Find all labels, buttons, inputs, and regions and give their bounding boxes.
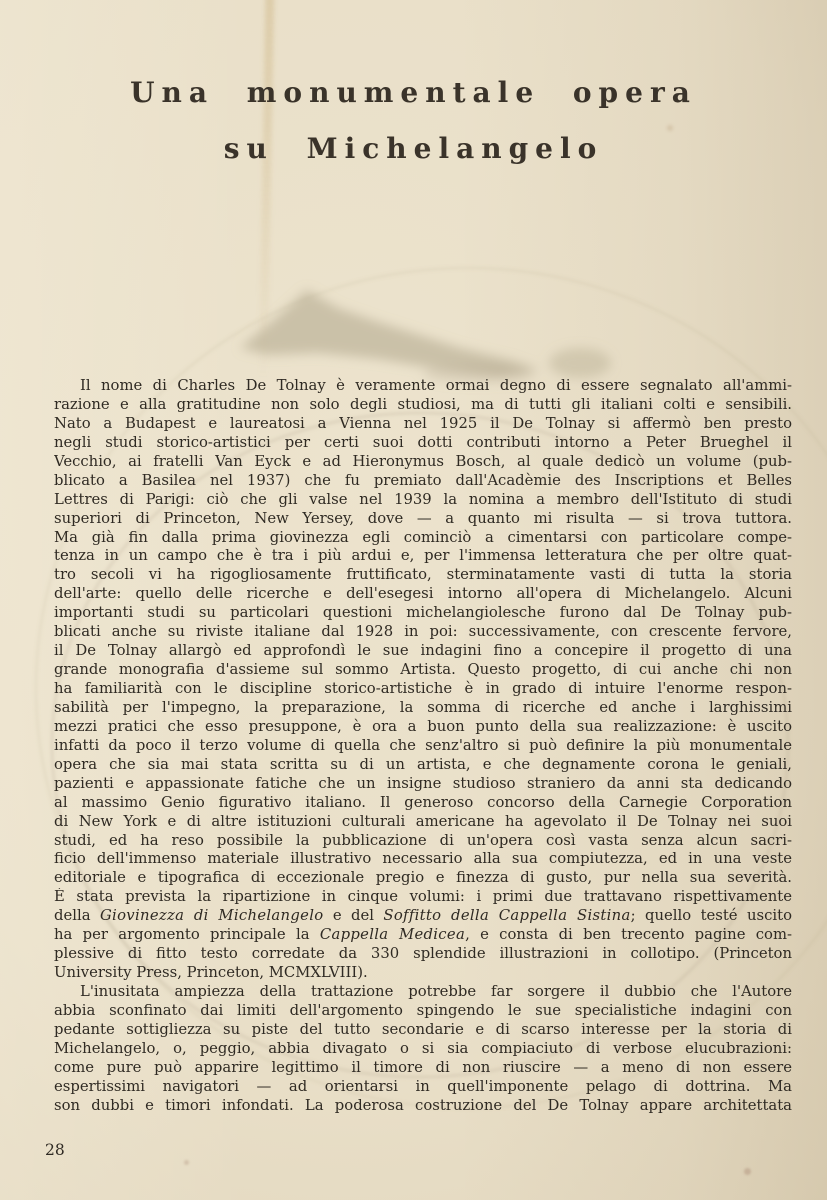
text-line: plessive di fitto testo corredate da 330…	[54, 945, 792, 964]
text-line: Vecchio, ai fratelli Van Eyck e ad Hiero…	[54, 453, 792, 472]
text-line: al massimo Genio figurativo italiano. Il…	[54, 794, 792, 813]
text-line: L'inusitata ampiezza della trattazione p…	[54, 983, 792, 1002]
text-line: infatti da poco il terzo volume di quell…	[54, 737, 792, 756]
text-line: pazienti e appassionate fatiche che un i…	[54, 775, 792, 794]
scanned-book-page: Una monumentale opera su Michelangelo Il…	[0, 0, 827, 1200]
text-line: studi, ed ha reso possibile la pubblicaz…	[54, 832, 792, 851]
text-line: razione e alla gratitudine non solo degl…	[54, 396, 792, 415]
text-line: tenza in un campo che è tra i più ardui …	[54, 547, 792, 566]
text-line: Michelangelo, o, peggio, abbia divagato …	[54, 1040, 792, 1059]
page-title-line-1: Una monumentale opera	[0, 76, 827, 110]
text-line: importanti studi su particolari question…	[54, 604, 792, 623]
text-line: blicato a Basilea nel 1937) che fu premi…	[54, 472, 792, 491]
text-line: il De Tolnay allargò ed approfondì le su…	[54, 642, 792, 661]
text-line: opera che sia mai stata scritta su di un…	[54, 756, 792, 775]
text-line: pedante sottigliezza su piste del tutto …	[54, 1021, 792, 1040]
text-line: negli studi storico-artistici per certi …	[54, 434, 792, 453]
page-number: 28	[45, 1141, 65, 1159]
text-line: superiori di Princeton, New Yersey, dove…	[54, 510, 792, 529]
article-body-text: Il nome di Charles De Tolnay è veramente…	[54, 377, 792, 1116]
text-line: editoriale e tipografica di eccezionale …	[54, 869, 792, 888]
text-line: University Press, Princeton, MCMXLVIII).	[54, 964, 792, 983]
text-line: blicati anche su riviste italiane dal 19…	[54, 623, 792, 642]
text-line: come pure può apparire legittimo il timo…	[54, 1059, 792, 1078]
text-line: mezzi pratici che esso presuppone, è ora…	[54, 718, 792, 737]
paper-freckle	[184, 1160, 189, 1165]
paper-freckle	[667, 125, 673, 131]
text-line: espertissimi navigatori — ad orientarsi …	[54, 1078, 792, 1097]
text-line: tro secoli vi ha rigogliosamente fruttif…	[54, 566, 792, 585]
text-line: Lettres di Parigi: ciò che gli valse nel…	[54, 491, 792, 510]
page-title-line-2: su Michelangelo	[0, 132, 827, 166]
text-line: ha per argomento principale la Cappella …	[54, 926, 792, 945]
text-line: della Giovinezza di Michelangelo e del S…	[54, 907, 792, 926]
text-line: ha familiarità con le discipline storico…	[54, 680, 792, 699]
text-line: sabilità per l'impegno, la preparazione,…	[54, 699, 792, 718]
text-line: grande monografia d'assieme sul sommo Ar…	[54, 661, 792, 680]
text-line: Nato a Budapest e laureatosi a Vienna ne…	[54, 415, 792, 434]
text-line: abbia sconfinato dai limiti dell'argomen…	[54, 1002, 792, 1021]
text-line: di New York e di altre istituzioni cultu…	[54, 813, 792, 832]
text-line: Ma già fin dalla prima giovinezza egli c…	[54, 529, 792, 548]
text-line: son dubbi e timori infondati. La poderos…	[54, 1097, 792, 1116]
text-line: È stata prevista la ripartizione in cinq…	[54, 888, 792, 907]
text-line: Il nome di Charles De Tolnay è veramente…	[54, 377, 792, 396]
text-line: dell'arte: quello delle ricerche e dell'…	[54, 585, 792, 604]
paper-freckle	[744, 1168, 751, 1175]
text-line: ficio dell'immenso materiale illustrativ…	[54, 850, 792, 869]
